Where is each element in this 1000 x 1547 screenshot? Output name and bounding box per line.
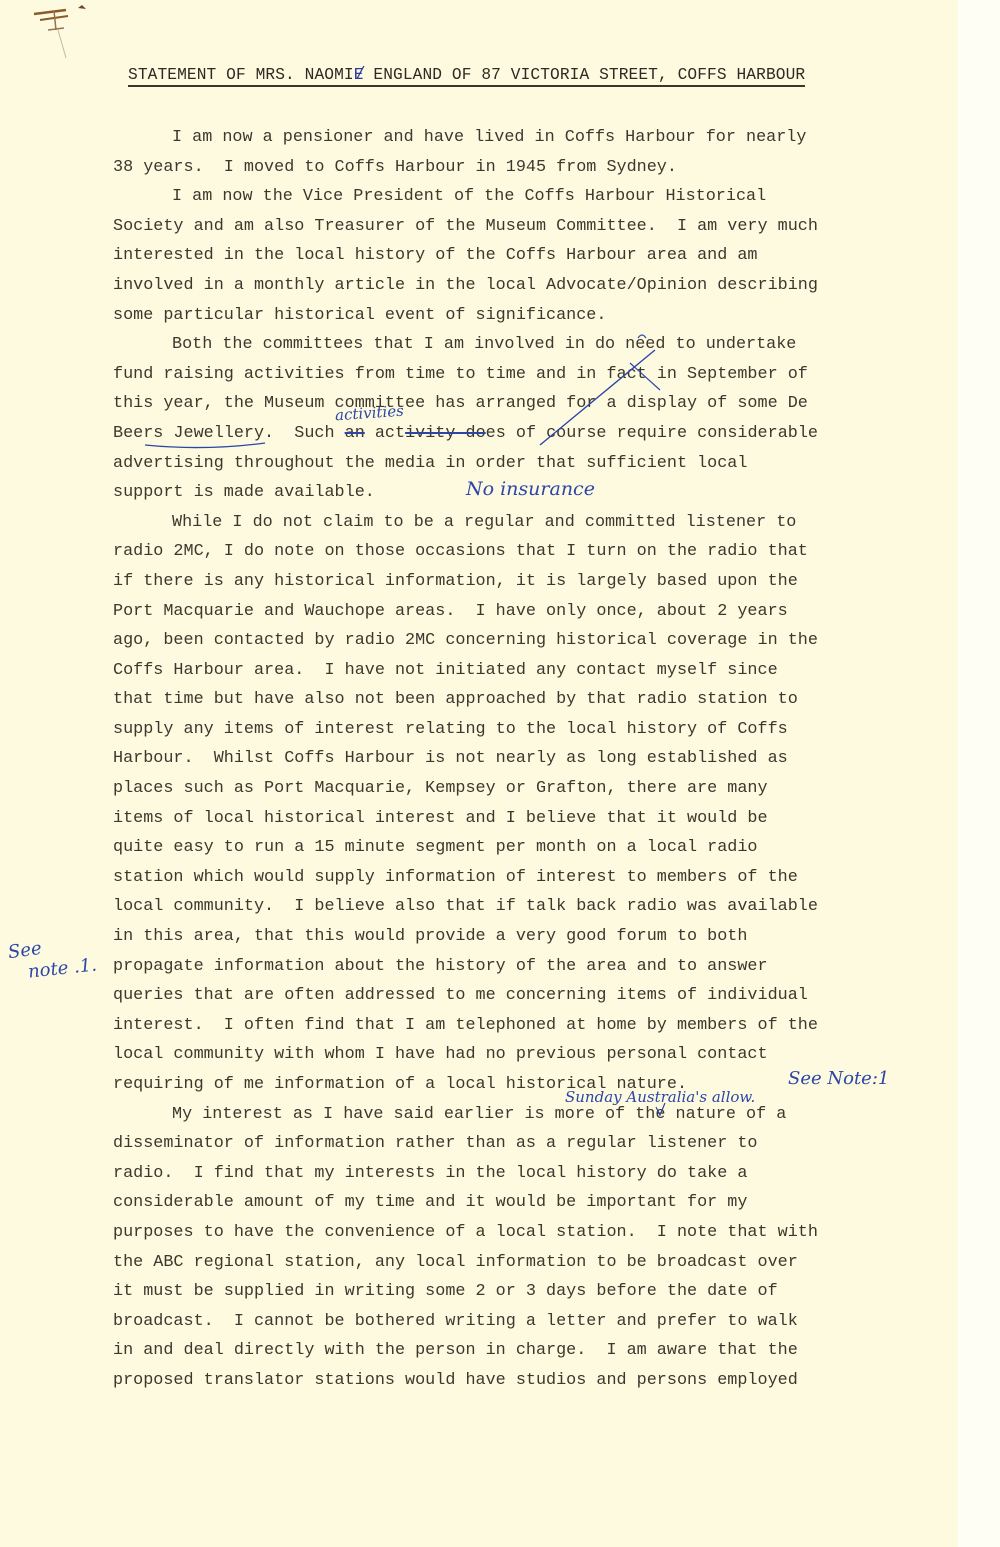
text-line: advertising throughout the media in orde… xyxy=(113,449,953,479)
text-line: radio 2MC, I do note on those occasions … xyxy=(113,537,953,567)
title-text-suffix: ENGLAND OF 87 VICTORIA STREET, COFFS HAR… xyxy=(364,66,806,84)
annotation-no-insurance: No insurance xyxy=(466,478,595,500)
text-line: My interest as I have said earlier is mo… xyxy=(113,1100,953,1130)
title-text-prefix: STATEMENT OF MRS. NAOMI xyxy=(128,66,354,84)
text-line: places such as Port Macquarie, Kempsey o… xyxy=(113,774,953,804)
text-line: station which would supply information o… xyxy=(113,863,953,893)
text-line: in and deal directly with the person in … xyxy=(113,1336,953,1366)
text-line: purposes to have the convenience of a lo… xyxy=(113,1218,953,1248)
text-line: local community. I believe also that if … xyxy=(113,892,953,922)
text-line: radio. I find that my interests in the l… xyxy=(113,1159,953,1189)
text-line: propagate information about the history … xyxy=(113,952,953,982)
text-line: broadcast. I cannot be bothered writing … xyxy=(113,1307,953,1337)
annotation-sunday-australias: Sunday Australia's allow. xyxy=(565,1088,755,1106)
text-line: some particular historical event of sign… xyxy=(113,301,953,331)
text-line: While I do not claim to be a regular and… xyxy=(113,508,953,538)
text-line: Both the committees that I am involved i… xyxy=(113,330,953,360)
text-line: quite easy to run a 15 minute segment pe… xyxy=(113,833,953,863)
text-line: it must be supplied in writing some 2 or… xyxy=(113,1277,953,1307)
text-line: items of local historical interest and I… xyxy=(113,804,953,834)
text-line: Harbour. Whilst Coffs Harbour is not nea… xyxy=(113,744,953,774)
text-line: interest. I often find that I am telepho… xyxy=(113,1011,953,1041)
title-struck-letter: E/ xyxy=(354,66,364,84)
text-line: local community with whom I have had no … xyxy=(113,1040,953,1070)
text-line: interested in the local history of the C… xyxy=(113,241,953,271)
corner-ink-mark xyxy=(18,0,138,70)
text-line: Port Macquarie and Wauchope areas. I hav… xyxy=(113,597,953,627)
text-line: Beers Jewellery. Such an activity does o… xyxy=(113,419,953,449)
text-line: the ABC regional station, any local info… xyxy=(113,1248,953,1278)
text-line: queries that are often addressed to me c… xyxy=(113,981,953,1011)
page-edge xyxy=(958,0,1000,1547)
text-line: fund raising activities from time to tim… xyxy=(113,360,953,390)
text-line: supply any items of interest relating to… xyxy=(113,715,953,745)
text-line: if there is any historical information, … xyxy=(113,567,953,597)
text-line: that time but have also not been approac… xyxy=(113,685,953,715)
text-line: this year, the Museum committee has arra… xyxy=(113,389,953,419)
text-line: I am now a pensioner and have lived in C… xyxy=(113,123,953,153)
annotation-see-note: See Note:1 xyxy=(788,1068,889,1089)
text-line: proposed translator stations would have … xyxy=(113,1366,953,1396)
text-line: in this area, that this would provide a … xyxy=(113,922,953,952)
text-line: Society and am also Treasurer of the Mus… xyxy=(113,212,953,242)
text-line: Coffs Harbour area. I have not initiated… xyxy=(113,656,953,686)
text-line: I am now the Vice President of the Coffs… xyxy=(113,182,953,212)
text-line: considerable amount of my time and it wo… xyxy=(113,1188,953,1218)
text-line: involved in a monthly article in the loc… xyxy=(113,271,953,301)
document-title: STATEMENT OF MRS. NAOMIE/ ENGLAND OF 87 … xyxy=(128,66,805,87)
statement-body: I am now a pensioner and have lived in C… xyxy=(113,123,953,1396)
text-line: ago, been contacted by radio 2MC concern… xyxy=(113,626,953,656)
text-line: 38 years. I moved to Coffs Harbour in 19… xyxy=(113,153,953,183)
text-line: disseminator of information rather than … xyxy=(113,1129,953,1159)
